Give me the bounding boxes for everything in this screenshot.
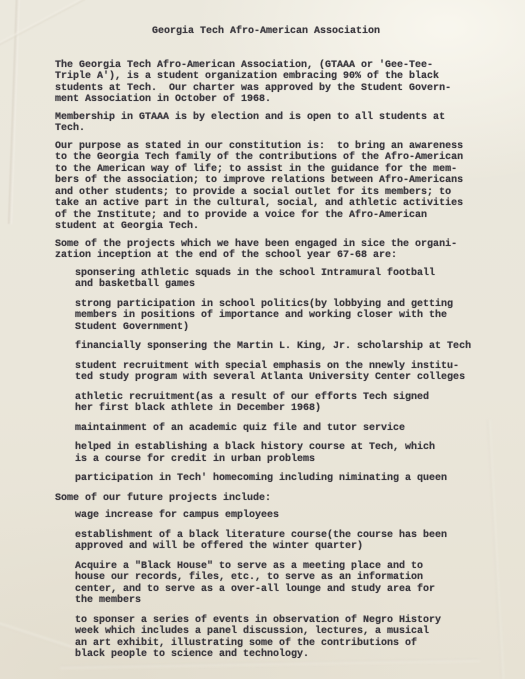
- list-item: strong participation in school politics(…: [75, 299, 497, 334]
- document-title: Georgia Tech Afro-American Association: [45, 26, 487, 38]
- list-item: helped in establishing a black history c…: [75, 442, 497, 465]
- list-item: maintainment of an academic quiz file an…: [75, 423, 497, 435]
- paragraph: Some of the projects which we have been …: [55, 239, 497, 262]
- document-page: Georgia Tech Afro-American Association T…: [0, 0, 525, 679]
- list-item: wage increase for campus employees: [75, 510, 497, 522]
- document-body: The Georgia Tech Afro-American Associati…: [55, 60, 497, 661]
- list-item: athletic recruitment(as a result of our …: [75, 392, 497, 415]
- list-item: participation in Tech' homecoming includ…: [75, 473, 497, 485]
- paragraph: Membership in GTAAA is by election and i…: [55, 112, 497, 135]
- paragraph: Our purpose as stated in our constitutio…: [55, 141, 497, 233]
- paragraph: Some of our future projects include:: [55, 493, 497, 505]
- document-content: Georgia Tech Afro-American Association T…: [0, 0, 525, 661]
- list-item: Acquire a "Black House" to serve as a me…: [75, 561, 497, 607]
- paragraph: The Georgia Tech Afro-American Associati…: [55, 60, 497, 106]
- list-item: student recruitment with special emphasi…: [75, 361, 497, 384]
- list-item: financially sponsering the Martin L. Kin…: [75, 341, 497, 353]
- list-item: to sponser a series of events in observa…: [75, 615, 497, 661]
- list-item: sponsering athletic squads in the school…: [75, 268, 497, 291]
- list-item: establishment of a black literature cour…: [75, 530, 497, 553]
